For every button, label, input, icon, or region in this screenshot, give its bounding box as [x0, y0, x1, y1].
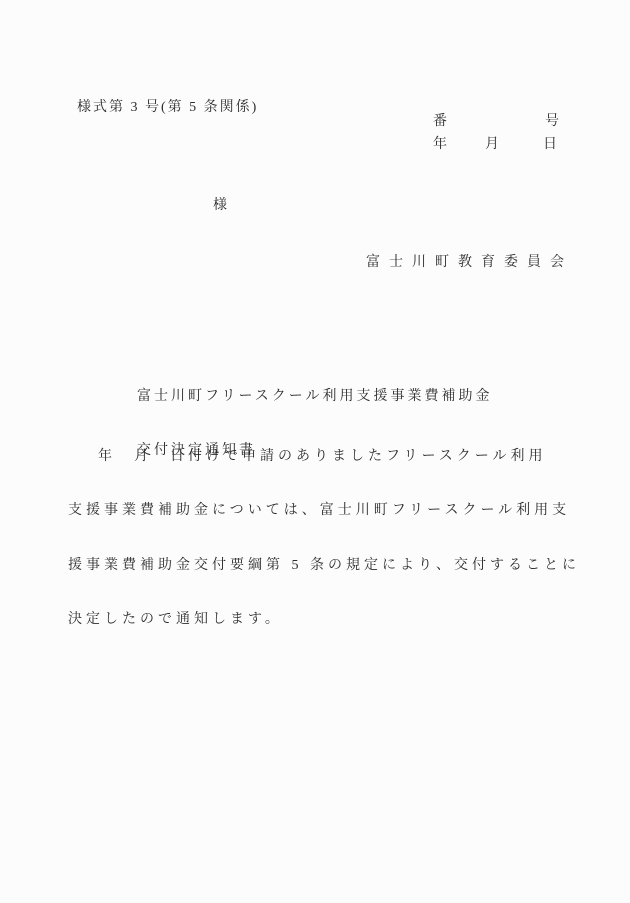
document-title-line1: 富士川町フリースクール利用支援事業費補助金 [137, 386, 492, 408]
date-day-label: 日 [543, 137, 557, 153]
form-number-label: 様式第 3 号(第 5 条関係) [77, 100, 258, 116]
body-paragraph: 年 月 日付けで申請のありましたフリースクール利用 支援事業費補助金については、… [68, 414, 588, 663]
body-line: 援事業費補助金交付要綱第 5 条の規定により、交付することに [68, 555, 588, 577]
date-month-label: 月 [485, 137, 499, 153]
document-number-suffix: 号 [545, 114, 559, 130]
body-line: 決定したので通知します。 [68, 609, 588, 631]
body-line: 年 月 日付けで申請のありましたフリースクール利用 [68, 446, 588, 468]
document-page: 様式第 3 号(第 5 条関係) 番 号 年 月 日 様 富士川町教育委員会 富… [0, 0, 630, 903]
document-number-prefix: 番 [433, 114, 447, 130]
addressee-honorific: 様 [213, 198, 227, 214]
body-line: 支援事業費補助金については、富士川町フリースクール利用支 [68, 500, 588, 522]
date-year-label: 年 [433, 137, 447, 153]
issuer-name: 富士川町教育委員会 [366, 255, 573, 271]
